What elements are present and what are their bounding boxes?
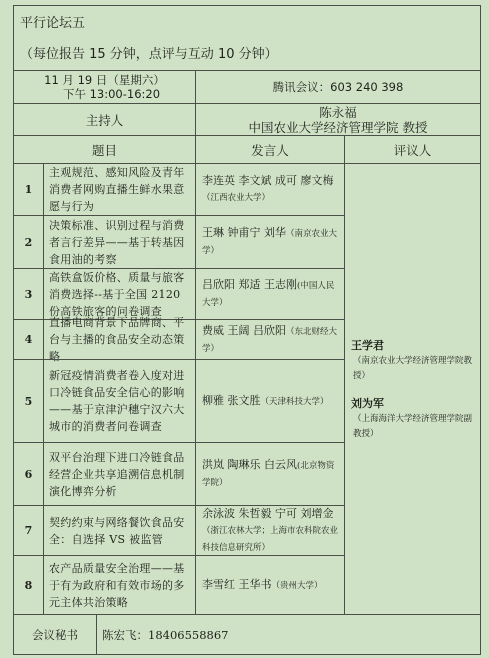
topic-text: 新冠疫情消费者卷入度对进口冷链食品安全信心的影响——基于京津沪穗宁汉六大城市的消… — [49, 367, 189, 435]
reviewer-affiliation: （上海海洋大学经济管理学院副教授） — [351, 412, 474, 442]
meeting-id[interactable]: 腾讯会议：603 240 398 — [273, 79, 404, 95]
row-speaker: 洪岚 陶琳乐 白云风(北京物资学院） — [195, 442, 344, 505]
topic-text: 高铁盒饭价格、质量与旅客消费选择--基于全国 2120 份高铁旅客的问卷调查 — [49, 269, 189, 320]
topic-text: 主观规范、感知风险及青年消费者网购直播生鲜水果意愿与行为 — [49, 164, 189, 215]
speaker-names: 洪岚 陶琳乐 白云风 — [202, 458, 297, 471]
host-label-cell: 主持人 — [14, 103, 195, 135]
host-info-cell: 陈永福 中国农业大学经济管理学院 教授 — [195, 103, 480, 135]
row-speaker: 余泳波 朱哲毅 宁可 刘增金（浙江农林大学；上海市农科院农业科技信息研究所） — [195, 505, 344, 555]
forum-schedule-table: 平行论坛五 （每位报告 15 分钟，点评与互动 10 分钟） 11 月 19 日… — [13, 5, 481, 655]
reviewer-affiliation: （南京农业大学经济管理学院教授） — [351, 354, 474, 384]
header-topic-cell: 题目 — [14, 135, 195, 163]
secretary-contact: 陈宏飞：18406558867 — [102, 627, 228, 643]
row-number-text: 2 — [25, 236, 33, 249]
topic-text: 决策标准、识别过程与消费者言行差异——基于转基因食用油的考察 — [49, 217, 189, 268]
row-number-text: 4 — [25, 333, 33, 346]
header-speaker-cell: 发言人 — [195, 135, 344, 163]
row-speaker: 吕欣阳 郑适 王志刚(中国人民大学） — [195, 268, 344, 319]
title-block: 平行论坛五 （每位报告 15 分钟，点评与互动 10 分钟） — [14, 6, 480, 71]
row-topic: 高铁盒饭价格、质量与旅客消费选择--基于全国 2120 份高铁旅客的问卷调查 — [43, 268, 195, 319]
host-label: 主持人 — [86, 111, 124, 129]
meeting-cell: 腾讯会议：603 240 398 — [195, 70, 480, 103]
reviewer-name: 刘为军 — [351, 396, 474, 412]
time-text: 下午 13:00-16:20 — [49, 87, 160, 101]
row-number-text: 1 — [25, 183, 33, 196]
header-topic: 题目 — [92, 141, 117, 159]
speaker-names: 李雪红 王华书 — [202, 578, 272, 591]
secretary-value-cell: 陈宏飞：18406558867 — [96, 614, 480, 654]
topic-text: 契约约束与网络餐饮食品安全：自选择 VS 被监管 — [49, 514, 189, 548]
row-number-text: 7 — [25, 524, 33, 537]
speaker-names: 柳雅 张文胜 — [202, 394, 261, 407]
row-number: 3 — [14, 268, 43, 319]
row-number: 8 — [14, 555, 43, 614]
reviewer-cell: 王学君 （南京农业大学经济管理学院教授） 刘为军 （上海海洋大学经济管理学院副教… — [344, 163, 480, 614]
secretary-label: 会议秘书 — [32, 627, 78, 643]
row-number: 6 — [14, 442, 43, 505]
topic-text: 直播电商背景下品牌商、平台与主播的食品安全动态策略 — [49, 314, 189, 365]
forum-title: 平行论坛五 — [20, 14, 480, 34]
row-topic: 决策标准、识别过程与消费者言行差异——基于转基因食用油的考察 — [43, 215, 195, 268]
header-speaker: 发言人 — [251, 141, 289, 159]
speaker-names: 费威 王阔 吕欣阳 — [202, 324, 286, 337]
row-speaker: 李雪红 王华书（贵州大学） — [195, 555, 344, 614]
row-number-text: 5 — [25, 395, 33, 408]
forum-subtitle: （每位报告 15 分钟，点评与互动 10 分钟） — [20, 46, 480, 64]
row-topic: 契约约束与网络餐饮食品安全：自选择 VS 被监管 — [43, 505, 195, 555]
row-number: 2 — [14, 215, 43, 268]
topic-text: 双平台治理下进口冷链食品经营企业共享追溯信息机制演化博弈分析 — [49, 449, 189, 500]
row-number: 5 — [14, 359, 43, 442]
topic-text: 农产品质量安全治理——基于有为政府和有效市场的多元主体共治策略 — [49, 560, 189, 611]
speaker-names: 李连英 李文斌 成可 廖文梅 — [202, 174, 334, 187]
row-number-text: 6 — [25, 468, 33, 481]
speaker-affiliation: （江西农业大学） — [202, 193, 270, 203]
date-text: 11 月 19 日（星期六） — [44, 73, 165, 87]
row-number: 1 — [14, 163, 43, 215]
header-reviewer-cell: 评议人 — [344, 135, 480, 163]
row-number-text: 3 — [25, 288, 33, 301]
speaker-affiliation: （天津科技大学） — [261, 397, 329, 407]
speaker-affiliation: （贵州大学） — [272, 581, 323, 591]
row-speaker: 柳雅 张文胜（天津科技大学） — [195, 359, 344, 442]
speaker-names: 吕欣阳 郑适 王志刚 — [202, 278, 297, 291]
row-topic: 主观规范、感知风险及青年消费者网购直播生鲜水果意愿与行为 — [43, 163, 195, 215]
row-number: 4 — [14, 319, 43, 359]
header-reviewer: 评议人 — [394, 141, 432, 159]
row-number: 7 — [14, 505, 43, 555]
date-cell: 11 月 19 日（星期六） 下午 13:00-16:20 — [14, 70, 195, 103]
speaker-names: 余泳波 朱哲毅 宁可 刘增金 — [202, 507, 334, 520]
row-speaker: 费威 王阔 吕欣阳（东北财经大学） — [195, 319, 344, 359]
reviewer-name: 王学君 — [351, 338, 474, 354]
row-topic: 直播电商背景下品牌商、平台与主播的食品安全动态策略 — [43, 319, 195, 359]
row-topic: 新冠疫情消费者卷入度对进口冷链食品安全信心的影响——基于京津沪穗宁汉六大城市的消… — [43, 359, 195, 442]
row-topic: 双平台治理下进口冷链食品经营企业共享追溯信息机制演化博弈分析 — [43, 442, 195, 505]
secretary-label-cell: 会议秘书 — [14, 614, 96, 654]
row-speaker: 李连英 李文斌 成可 廖文梅（江西农业大学） — [195, 163, 344, 215]
row-number-text: 8 — [25, 579, 33, 592]
host-affiliation: 中国农业大学经济管理学院 教授 — [249, 120, 428, 135]
row-speaker: 王琳 钟甫宁 刘华（南京农业大学） — [195, 215, 344, 268]
speaker-names: 王琳 钟甫宁 刘华 — [202, 226, 286, 239]
speaker-affiliation: （浙江农林大学；上海市农科院农业科技信息研究所） — [202, 526, 338, 553]
row-topic: 农产品质量安全治理——基于有为政府和有效市场的多元主体共治策略 — [43, 555, 195, 614]
host-name: 陈永福 — [319, 105, 357, 120]
